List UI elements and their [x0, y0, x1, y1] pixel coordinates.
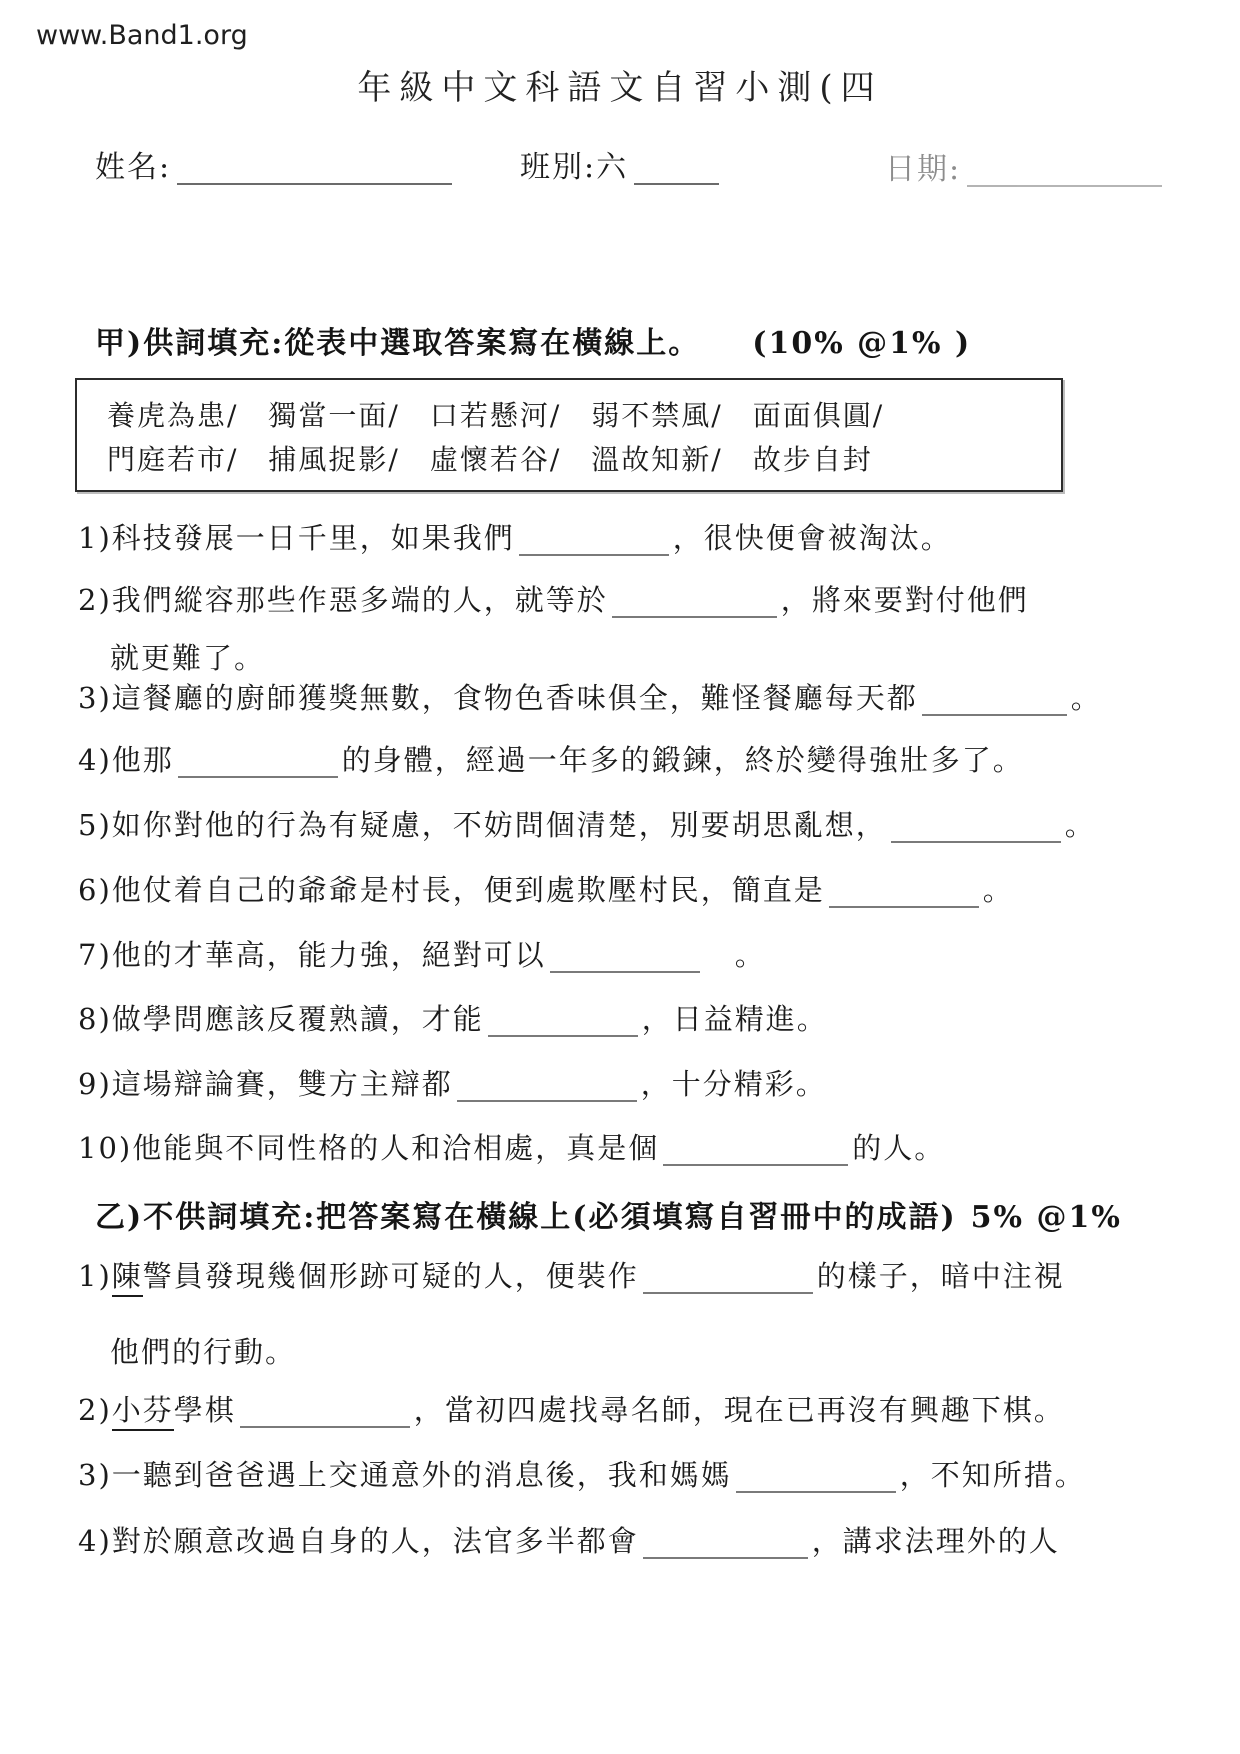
class-field: 班別:六: [520, 142, 719, 186]
question-a5: 5)如你對他的行為有疑慮，不妨問個清楚，別要胡思亂想，。: [78, 803, 1096, 844]
question-number: 6): [78, 873, 112, 907]
question-number: 1): [78, 1259, 112, 1293]
answer-blank: [240, 1416, 410, 1428]
question-text: 我們縱容那些作惡多端的人，就等於: [112, 583, 608, 617]
question-text: ，將來要對付他們: [781, 583, 1029, 617]
answer-blank: [829, 896, 979, 908]
name-field-label: 姓名:: [95, 150, 171, 185]
question-a4: 4)他那的身體，經過一年多的鍛鍊，終於變得強壯多了。: [78, 738, 1024, 779]
question-number: 5): [78, 808, 112, 842]
underlined-name: 陳: [112, 1259, 143, 1297]
question-text: ，很快便會被淘汰。: [673, 521, 952, 555]
question-text: 這場辯論賽，雙方主辯都: [112, 1067, 453, 1101]
answer-blank: [178, 766, 338, 778]
question-text: 。: [704, 938, 766, 972]
section-b-score: 5% @1%: [971, 1200, 1122, 1235]
question-text: 科技發展一日千里，如果我們: [112, 521, 515, 555]
question-text: 這餐廳的廚師獲獎無數，食物色香味俱全，難怪餐廳每天都: [112, 681, 918, 715]
question-number: 10): [78, 1131, 132, 1165]
word-bank-line-2: 門庭若市/ 捕風捉影/ 虛懷若谷/ 溫故知新/ 故步自封: [107, 438, 1061, 482]
date-field: 日期:: [885, 144, 1162, 188]
section-a-score: (10% @1% ): [752, 326, 971, 361]
class-field-line: [634, 173, 719, 185]
answer-blank: [550, 961, 700, 973]
question-text: ，講求法理外的人: [812, 1524, 1060, 1558]
name-field: 姓名:: [95, 142, 452, 186]
question-a9: 9)這場辯論賽，雙方主辯都，十分精彩。: [78, 1062, 827, 1103]
section-a-heading: 甲)供詞填充:從表中選取答案寫在橫線上。(10% @1% ): [95, 318, 971, 362]
question-text: 學棋: [174, 1393, 236, 1427]
question-number: 9): [78, 1067, 112, 1101]
question-number: 4): [78, 743, 112, 777]
question-b2: 2)小芬學棋，當初四處找尋名師，現在已再沒有興趣下棋。: [78, 1388, 1065, 1429]
word-bank-line-1: 養虎為患/ 獨當一面/ 口若懸河/ 弱不禁風/ 面面俱圓/: [107, 394, 1061, 438]
question-text: 他的才華高，能力強，絕對可以: [112, 938, 546, 972]
question-text: 對於願意改過自身的人，法官多半都會: [112, 1524, 639, 1558]
question-text: 。: [1071, 681, 1102, 715]
question-text: 他那: [112, 743, 174, 777]
answer-blank: [519, 544, 669, 556]
question-text: 。: [1065, 808, 1096, 842]
answer-blank: [488, 1025, 638, 1037]
question-number: 4): [78, 1524, 112, 1558]
answer-blank: [922, 704, 1067, 716]
question-b1-line2: 他們的行動。: [110, 1330, 296, 1371]
answer-blank: [612, 606, 777, 618]
name-field-line: [177, 173, 452, 185]
question-text: ，當初四處找尋名師，現在已再沒有興趣下棋。: [414, 1393, 1065, 1427]
question-a8: 8)做學問應該反覆熟讀，才能，日益精進。: [78, 997, 828, 1038]
class-field-label: 班別:六: [520, 150, 628, 185]
question-number: 3): [78, 681, 112, 715]
question-a7: 7)他的才華高，能力強，絕對可以 。: [78, 933, 766, 974]
question-a6: 6)他仗着自己的爺爺是村長，便到處欺壓村民，簡直是。: [78, 868, 1014, 909]
answer-blank: [663, 1154, 848, 1166]
question-text: 做學問應該反覆熟讀，才能: [112, 1002, 484, 1036]
section-b-heading: 乙)不供詞填充:把答案寫在橫線上(必須填寫自習冊中的成語)5% @1%: [95, 1192, 1122, 1236]
answer-blank: [891, 831, 1061, 843]
section-a-heading-text: 甲)供詞填充:從表中選取答案寫在橫線上。: [95, 326, 700, 361]
worksheet-page: www.Band1.org 年級中文科語文自習小測(四 姓名: 班別:六 日期:…: [0, 0, 1240, 1754]
question-a2-line2: 就更難了。: [110, 636, 265, 677]
question-text: 一聽到爸爸遇上交通意外的消息後，我和媽媽: [112, 1458, 732, 1492]
answer-blank: [643, 1282, 813, 1294]
question-number: 7): [78, 938, 112, 972]
question-text: 的身體，經過一年多的鍛鍊，終於變得強壯多了。: [342, 743, 1024, 777]
question-number: 1): [78, 521, 112, 555]
question-number: 2): [78, 583, 112, 617]
question-text: 的樣子，暗中注視: [817, 1259, 1065, 1293]
section-b-heading-text: 乙)不供詞填充:把答案寫在橫線上(必須填寫自習冊中的成語): [95, 1200, 957, 1235]
answer-blank: [736, 1481, 896, 1493]
watermark: www.Band1.org: [36, 20, 248, 51]
question-b1: 1)陳警員發現幾個形跡可疑的人，便裝作的樣子，暗中注視: [78, 1254, 1065, 1295]
question-number: 3): [78, 1458, 112, 1492]
answer-blank: [457, 1090, 637, 1102]
question-number: 8): [78, 1002, 112, 1036]
date-field-label: 日期:: [885, 152, 961, 187]
question-text: 他仗着自己的爺爺是村長，便到處欺壓村民，簡直是: [112, 873, 825, 907]
underlined-name: 小芬: [112, 1393, 174, 1431]
question-text: 。: [983, 873, 1014, 907]
question-a1: 1)科技發展一日千里，如果我們，很快便會被淘汰。: [78, 516, 952, 557]
question-a3: 3)這餐廳的廚師獲獎無數，食物色香味俱全，難怪餐廳每天都。: [78, 676, 1102, 717]
question-text: 的人。: [852, 1131, 945, 1165]
student-info-row: 姓名: 班別:六 日期:: [0, 142, 1240, 192]
word-bank-box: 養虎為患/ 獨當一面/ 口若懸河/ 弱不禁風/ 面面俱圓/ 門庭若市/ 捕風捉影…: [75, 378, 1063, 492]
question-a2: 2)我們縱容那些作惡多端的人，就等於，將來要對付他們: [78, 578, 1029, 619]
answer-blank: [643, 1547, 808, 1559]
question-number: 2): [78, 1393, 112, 1427]
question-b4: 4)對於願意改過自身的人，法官多半都會，講求法理外的人: [78, 1519, 1060, 1560]
question-text: 警員發現幾個形跡可疑的人，便裝作: [143, 1259, 639, 1293]
question-text: 他能與不同性格的人和洽相處，真是個: [132, 1131, 659, 1165]
page-title: 年級中文科語文自習小測(四: [0, 60, 1240, 109]
question-text: ，日益精進。: [642, 1002, 828, 1036]
question-a10: 10)他能與不同性格的人和洽相處，真是個的人。: [78, 1126, 945, 1167]
date-field-line: [967, 175, 1162, 187]
question-text: 如你對他的行為有疑慮，不妨問個清楚，別要胡思亂想，: [112, 808, 887, 842]
question-b3: 3)一聽到爸爸遇上交通意外的消息後，我和媽媽，不知所措。: [78, 1453, 1086, 1494]
question-text: ，十分精彩。: [641, 1067, 827, 1101]
question-text: ，不知所措。: [900, 1458, 1086, 1492]
